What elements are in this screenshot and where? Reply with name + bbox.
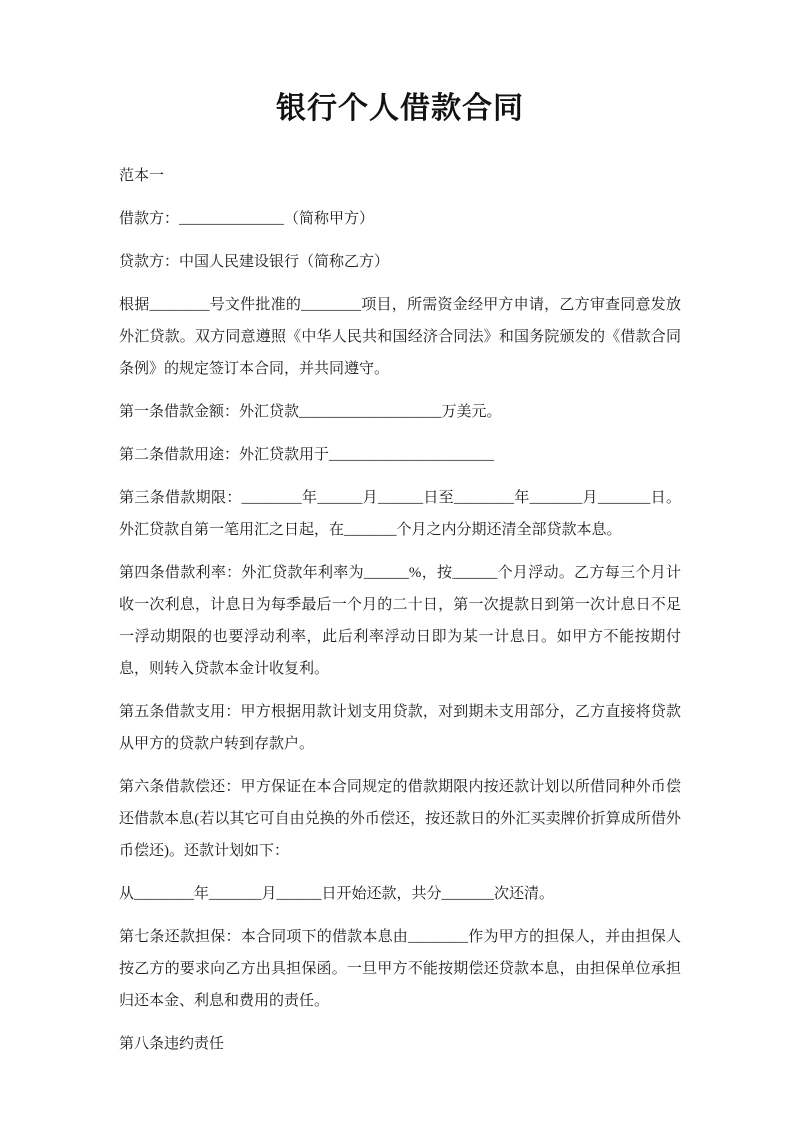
paragraph-clause-7-guarantee: 第七条还款担保：本合同项下的借款本息由________作为甲方的担保人，并由担保… xyxy=(119,921,681,1017)
paragraph-repayment-schedule: 从________年_______月______日开始还款，共分_______次… xyxy=(119,878,681,910)
document-title: 银行个人借款合同 xyxy=(119,88,681,130)
paragraph-clause-1-amount: 第一条借款金额：外汇贷款___________________万美元。 xyxy=(119,396,681,428)
paragraph-clause-5-disbursement: 第五条借款支用：甲方根据用款计划支用贷款，对到期未支用部分，乙方直接将贷款从甲方… xyxy=(119,696,681,760)
paragraph-preamble: 根据________号文件批准的________项目，所需资金经甲方申请，乙方审… xyxy=(119,289,681,385)
paragraph-clause-8-breach: 第八条违约责任 xyxy=(119,1028,681,1060)
paragraph-lender: 贷款方：中国人民建设银行（简称乙方） xyxy=(119,246,681,278)
paragraph-clause-3-term: 第三条借款期限：________年______月______日至________… xyxy=(119,482,681,546)
paragraph-template-label: 范本一 xyxy=(119,160,681,192)
contract-document-page: 银行个人借款合同 范本一 借款方：______________（简称甲方） 贷款… xyxy=(0,0,793,1122)
paragraph-clause-4-interest: 第四条借款利率：外汇贷款年利率为______%，按______个月浮动。乙方每三… xyxy=(119,557,681,685)
paragraph-clause-2-purpose: 第二条借款用途：外汇贷款用于______________________ xyxy=(119,439,681,471)
paragraph-borrower: 借款方：______________（简称甲方） xyxy=(119,203,681,235)
paragraph-clause-6-repayment: 第六条借款偿还：甲方保证在本合同规定的借款期限内按还款计划以所借同种外币偿还借款… xyxy=(119,771,681,867)
